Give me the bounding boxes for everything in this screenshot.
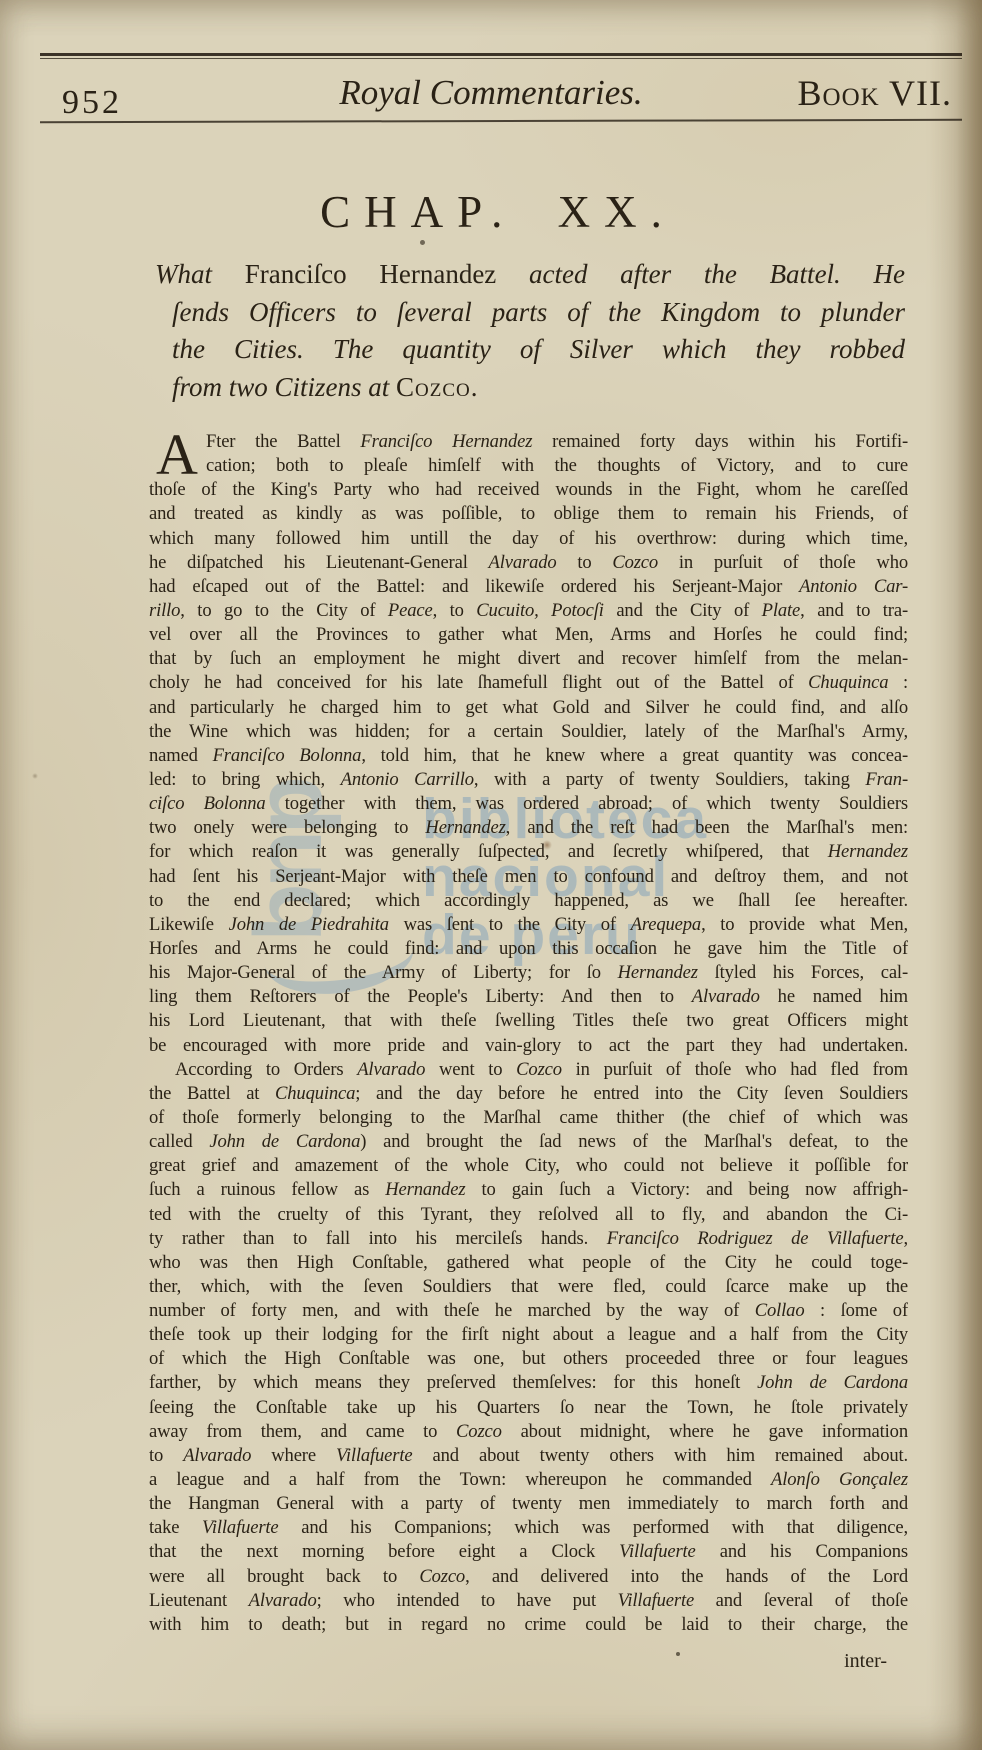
text-segment: Fran- [865, 769, 908, 790]
text-segment: he diſpatched his Lieutenant-General [149, 552, 489, 573]
text-segment: ciſco Bolonna [149, 793, 266, 814]
text-segment: , to provide what Men, [701, 914, 908, 935]
body-line: which many followed him untill the day o… [149, 527, 908, 551]
text-segment: Alonſo Gonçalez [771, 1469, 908, 1490]
body-line: to Alvarado where Villafuerte and about … [149, 1444, 908, 1468]
body-line: ther, which, with the ſeven Souldiers th… [149, 1275, 908, 1299]
text-segment: great grief and amazement of the whole C… [149, 1155, 908, 1176]
text-segment: Villafuerte [619, 1541, 696, 1562]
text-segment: his Major-General of the Army of Liberty… [149, 962, 618, 983]
text-segment: Franciſco Rodriguez de Villafuerte [607, 1228, 904, 1249]
text-segment: Cozco [516, 1059, 562, 1080]
body-line: thoſe of the King's Party who had receiv… [149, 478, 908, 502]
text-segment: According to Orders [175, 1059, 357, 1080]
text-segment: rillo [149, 600, 180, 621]
text-segment: to [149, 1445, 183, 1466]
text-segment: , with a party of twenty Souldiers, taki… [474, 769, 865, 790]
body-line: ty rather than to fall into his mercileſ… [149, 1227, 908, 1251]
paragraph: AFter the Battel Franciſco Hernandez rem… [149, 430, 908, 1058]
text-segment: ; and the day before he entred into the … [355, 1083, 908, 1104]
text-segment: Cozco. [396, 372, 478, 402]
body-line: ſeeing the Conſtable take up his Quarter… [149, 1396, 908, 1420]
book-page: bnp bibliotecanacionalde peru 952 Royal … [0, 0, 982, 1750]
text-segment: ſuch a ruinous fellow as [149, 1179, 385, 1200]
text-segment: the Battel at [149, 1083, 275, 1104]
text-segment: Horſes and Arms he could find: and upon … [149, 938, 908, 959]
text-segment: Peace [388, 600, 433, 621]
body-line: away from them, and came to Cozco about … [149, 1420, 908, 1444]
text-segment: and ſeveral of thoſe [694, 1590, 908, 1611]
text-segment: was ſent to the City of [389, 914, 631, 935]
body-line: ted with the cruelty of this Tyrant, the… [149, 1203, 908, 1227]
body-line: to the end declared; which accordingly h… [149, 889, 908, 913]
text-segment: Villafuerte [618, 1590, 695, 1611]
body-text: AFter the Battel Franciſco Hernandez rem… [149, 430, 908, 1637]
ornament-dot-bottom [676, 1652, 680, 1656]
chapter-heading: CHAP. XX. [0, 186, 982, 238]
text-segment: : ſome of [804, 1300, 908, 1321]
body-line: ciſco Bolonna together with them, was or… [149, 792, 908, 816]
text-segment: and his Companions; which was performed … [279, 1517, 908, 1538]
text-segment: Alvarado [183, 1445, 251, 1466]
body-line: farther, by which means they preſerved t… [149, 1371, 908, 1395]
text-segment: away from them, and came to [149, 1421, 456, 1442]
body-line: choly he had conceived for his late ſham… [149, 671, 908, 695]
body-line: had eſcaped out of the Battel: and likew… [149, 575, 908, 599]
body-line: theſe took up their lodging for the firſ… [149, 1323, 908, 1347]
body-line: Fter the Battel Franciſco Hernandez rema… [206, 430, 908, 454]
text-segment: ted with the cruelty of this Tyrant, the… [149, 1204, 908, 1225]
body-line: the Hangman General with a party of twen… [149, 1492, 908, 1516]
text-segment: in purſuit of thoſe who [658, 552, 908, 573]
text-segment: number of forty men, and with theſe he m… [149, 1300, 755, 1321]
text-segment: with him to death; but in regard no crim… [149, 1614, 908, 1635]
text-segment: the Cities. The quantity of Silver which… [172, 334, 905, 364]
body-line: two onely were belonging to Hernandez, a… [149, 816, 908, 840]
header-rule-top [40, 53, 962, 59]
text-segment: ſends Officers to ſeveral parts of the K… [172, 297, 905, 327]
text-segment: Hernandez [618, 962, 698, 983]
text-segment: , and delivered into the hands of the Lo… [465, 1566, 908, 1587]
text-segment: Villafuerte [202, 1517, 279, 1538]
body-line: cation; both to pleaſe himſelf with the … [206, 454, 908, 478]
text-segment: that the next morning before eight a Clo… [149, 1541, 619, 1562]
text-segment: Franciſco Hernandez [245, 259, 497, 289]
body-line: Lieutenant Alvarado; who intended to hav… [149, 1589, 908, 1613]
text-segment: and his Companions [696, 1541, 908, 1562]
body-line: of thoſe formerly belonging to the Marſh… [149, 1106, 908, 1130]
body-line: ſuch a ruinous fellow as Hernandez to ga… [149, 1178, 908, 1202]
text-segment: , told him, that he knew where a great q… [361, 745, 908, 766]
text-segment: were all brought back to [149, 1566, 419, 1587]
text-segment: Lieutenant [149, 1590, 249, 1611]
body-line: rillo, to go to the City of Peace, to Cu… [149, 599, 908, 623]
text-segment: a league and a half from the Town: where… [149, 1469, 771, 1490]
text-segment: together with them, was ordered abroad; … [266, 793, 908, 814]
text-segment: Cozco [612, 552, 658, 573]
text-segment: John de Piedrahita [229, 914, 389, 935]
text-segment: and treated as kindly as was poſſible, t… [149, 503, 908, 524]
drop-cap: A [156, 432, 198, 478]
text-segment: Hernandez [425, 817, 505, 838]
text-segment: for which reaſon it was generally ſuſpec… [149, 841, 828, 862]
text-segment: the Wine which was hidden; for a certain… [149, 721, 908, 742]
text-segment: from two Citizens at [172, 372, 396, 402]
text-segment: Chuquinca [275, 1083, 355, 1104]
summary-line: from two Citizens at Cozco. [155, 369, 905, 407]
text-segment: cation; both to pleaſe himſelf with the … [206, 455, 908, 476]
text-segment: to the end declared; which accordingly h… [149, 890, 908, 911]
text-segment: , and to tra- [800, 600, 908, 621]
text-segment: went to [425, 1059, 516, 1080]
body-line: called John de Cardona) and brought the … [149, 1130, 908, 1154]
text-segment: farther, by which means they preſerved t… [149, 1372, 757, 1393]
text-segment: : [888, 672, 908, 693]
body-line: vel over all the Provinces to gather wha… [149, 623, 908, 647]
text-segment: to [557, 552, 613, 573]
text-segment: Alvarado [357, 1059, 425, 1080]
text-segment: Villafuerte [336, 1445, 413, 1466]
text-segment: thoſe of the King's Party who had receiv… [149, 479, 908, 500]
body-line: of which the High Conſtable was one, but… [149, 1347, 908, 1371]
text-segment: had eſcaped out of the Battel: and likew… [149, 576, 799, 597]
text-segment: Likewiſe [149, 914, 229, 935]
text-segment: Antonio Car- [799, 576, 908, 597]
body-line: named Franciſco Bolonna, told him, that … [149, 744, 908, 768]
ornament-dot [420, 240, 425, 245]
text-segment: led: to bring which, [149, 769, 341, 790]
body-line: had ſent his Serjeant-Major with theſe m… [149, 865, 908, 889]
text-segment: which many followed him untill the day o… [149, 528, 908, 549]
text-segment: , to [433, 600, 477, 621]
text-segment: ty rather than to fall into his mercileſ… [149, 1228, 607, 1249]
text-segment: Arequepa [631, 914, 701, 935]
body-line: his Major-General of the Army of Liberty… [149, 961, 908, 985]
body-line: that by ſuch an employment he might dive… [149, 647, 908, 671]
summary-line: ſends Officers to ſeveral parts of the K… [155, 294, 905, 332]
paragraph: According to Orders Alvarado went to Coz… [149, 1058, 908, 1637]
body-line: and particularly he charged him to get w… [149, 696, 908, 720]
text-segment: ; who intended to have put [317, 1590, 618, 1611]
body-line: were all brought back to Cozco, and deli… [149, 1565, 908, 1589]
body-line: number of forty men, and with theſe he m… [149, 1299, 908, 1323]
text-segment: Alvarado [489, 552, 557, 573]
text-segment: John de Cardona [209, 1131, 360, 1152]
text-segment: of thoſe formerly belonging to the Marſh… [149, 1107, 908, 1128]
text-segment: where [251, 1445, 336, 1466]
body-line: with him to death; but in regard no crim… [149, 1613, 908, 1637]
body-line: that the next morning before eight a Clo… [149, 1540, 908, 1564]
text-segment: Collao [755, 1300, 805, 1321]
summary-line: the Cities. The quantity of Silver which… [155, 331, 905, 369]
text-segment: What [155, 259, 245, 289]
text-segment: , to go to the City of [180, 600, 388, 621]
text-segment: the Hangman General with a party of twen… [149, 1493, 908, 1514]
body-line: ling them Reſtorers of the People's Libe… [149, 985, 908, 1009]
text-segment: Hernandez [385, 1179, 465, 1200]
text-segment: Plate [762, 600, 801, 621]
text-segment: vel over all the Provinces to gather wha… [149, 624, 908, 645]
text-segment: Franciſco Hernandez [360, 431, 532, 452]
text-segment: remained forty days within his Fortifi- [532, 431, 908, 452]
text-segment: that by ſuch an employment he might dive… [149, 648, 908, 669]
text-segment: he named him [760, 986, 908, 1007]
body-line: Likewiſe John de Piedrahita was ſent to … [149, 913, 908, 937]
body-line: the Wine which was hidden; for a certain… [149, 720, 908, 744]
text-segment: who was then High Conſtable, gathered wh… [149, 1252, 908, 1273]
text-segment: Chuquinca [808, 672, 888, 693]
text-segment: ſtyled his Forces, cal- [698, 962, 908, 983]
body-line: led: to bring which, Antonio Carrillo, w… [149, 768, 908, 792]
body-line: his Lord Lieutenant, that with theſe ſwe… [149, 1009, 908, 1033]
chapter-summary: What Franciſco Hernandez acted after the… [155, 256, 905, 406]
text-segment: and about twenty others with him remaine… [413, 1445, 909, 1466]
book-label: Book VII. [798, 72, 953, 114]
text-segment: Fter the Battel [206, 431, 360, 452]
text-segment: and the City of [604, 600, 762, 621]
text-segment: be encouraged with more pride and vain-g… [149, 1035, 908, 1056]
body-line: a league and a half from the Town: where… [149, 1468, 908, 1492]
text-segment: Cozco [419, 1566, 465, 1587]
text-segment: ſeeing the Conſtable take up his Quarter… [149, 1397, 908, 1418]
body-line: be encouraged with more pride and vain-g… [149, 1034, 908, 1058]
text-segment: Cucuito, Potocſi [476, 600, 604, 621]
text-segment: Alvarado [692, 986, 760, 1007]
text-segment: theſe took up their lodging for the firſ… [149, 1324, 908, 1345]
text-segment: Alvarado [249, 1590, 317, 1611]
catchword: inter- [844, 1650, 887, 1673]
body-line: and treated as kindly as was poſſible, t… [149, 502, 908, 526]
text-segment: , [904, 1228, 908, 1249]
text-segment: named [149, 745, 213, 766]
summary-line: What Franciſco Hernandez acted after the… [155, 256, 905, 294]
text-segment: his Lord Lieutenant, that with theſe ſwe… [149, 1010, 908, 1031]
body-line: Horſes and Arms he could find: and upon … [149, 937, 908, 961]
text-segment: had ſent his Serjeant-Major with theſe m… [149, 866, 908, 887]
text-segment: called [149, 1131, 209, 1152]
text-segment: Antonio Carrillo [341, 769, 474, 790]
text-segment: John de Cardona [757, 1372, 908, 1393]
body-line: he diſpatched his Lieutenant-General Alv… [149, 551, 908, 575]
text-segment: Hernandez [828, 841, 908, 862]
body-line: for which reaſon it was generally ſuſpec… [149, 840, 908, 864]
text-segment: Cozco [456, 1421, 502, 1442]
body-line: the Battel at Chuquinca; and the day bef… [149, 1082, 908, 1106]
text-segment: Franciſco Bolonna [213, 745, 362, 766]
header-rule-bottom [40, 119, 962, 123]
text-segment: choly he had conceived for his late ſham… [149, 672, 808, 693]
text-segment: ) and brought the ſad news of the Marſha… [360, 1131, 908, 1152]
text-segment: to gain ſuch a Victory: and being now af… [465, 1179, 908, 1200]
body-line: take Villafuerte and his Companions; whi… [149, 1516, 908, 1540]
text-segment: acted after the Battel. He [496, 259, 905, 289]
text-segment: of which the High Conſtable was one, but… [149, 1348, 908, 1369]
text-segment: about midnight, where he gave informatio… [502, 1421, 908, 1442]
body-line: who was then High Conſtable, gathered wh… [149, 1251, 908, 1275]
body-line: According to Orders Alvarado went to Coz… [149, 1058, 908, 1082]
text-segment: and particularly he charged him to get w… [149, 697, 908, 718]
text-segment: in purſuit of thoſe who had fled from [562, 1059, 908, 1080]
body-line: great grief and amazement of the whole C… [149, 1154, 908, 1178]
text-segment: two onely were belonging to [149, 817, 425, 838]
text-segment: ling them Reſtorers of the People's Libe… [149, 986, 692, 1007]
text-segment: , and the reſt had been the Marſhal's me… [506, 817, 908, 838]
text-segment: ther, which, with the ſeven Souldiers th… [149, 1276, 908, 1297]
text-segment: take [149, 1517, 202, 1538]
